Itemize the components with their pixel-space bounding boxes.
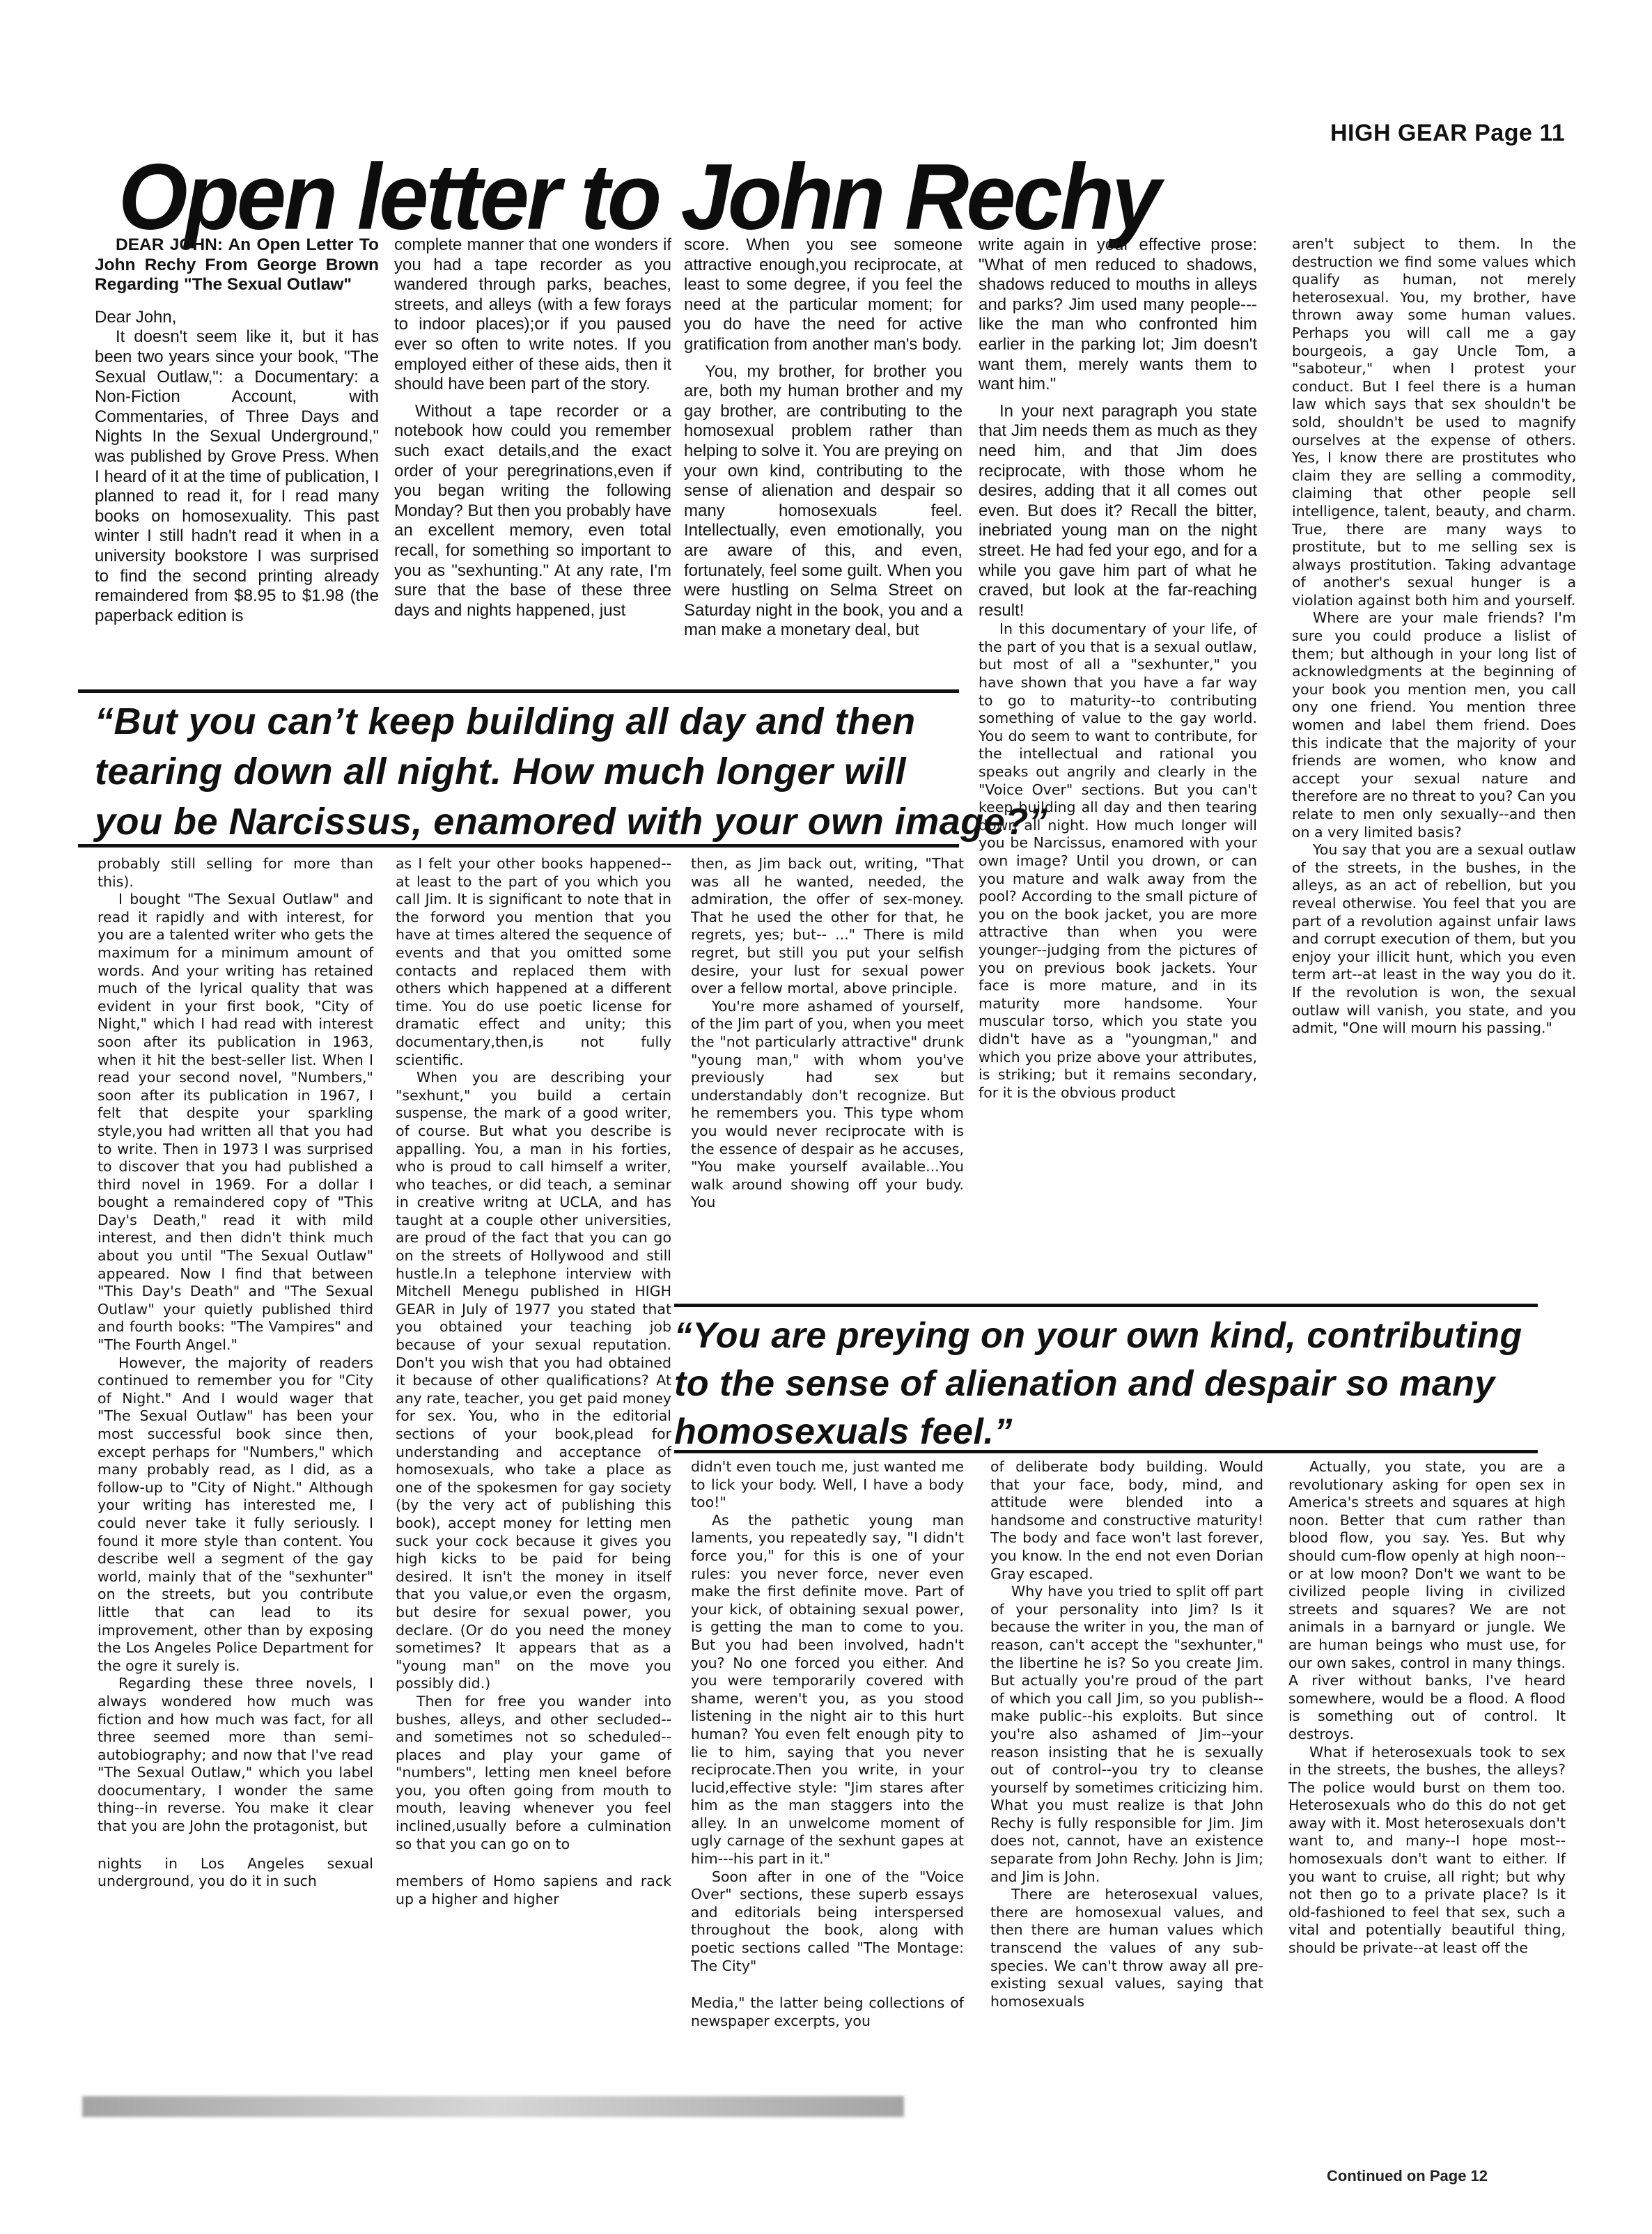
pull-quote-preying: “You are preying on your own kind, contr… (674, 1312, 1522, 1456)
upper-column-1: DEAR JOHN: An Open Letter To John Rechy … (95, 235, 379, 626)
headline: Open letter to John Rechy (118, 146, 1158, 249)
pull-quote-line: “But you can’t keep building all day and… (95, 696, 1047, 747)
paragraph: didn't even touch me, just wanted me to … (691, 1458, 964, 1512)
pull-quote-line: tearing down all night. How much longer … (95, 747, 1047, 797)
paragraph: Why have you tried to split off part of … (990, 1583, 1263, 1886)
lower-column-3: didn't even touch me, just wanted me to … (691, 1458, 964, 2030)
pull-quote-narcissus: “But you can’t keep building all day and… (95, 696, 1047, 847)
page-label: HIGH GEAR Page 11 (1330, 120, 1565, 147)
paragraph: Actually, you state, you are a revolutio… (1288, 1458, 1566, 1744)
upper-column-2: complete manner that one wonders if you … (394, 235, 671, 620)
paragraph: However, the majority of readers continu… (98, 1354, 373, 1675)
paragraph: of deliberate body building. Would that … (990, 1458, 1263, 1583)
scan-smear (82, 2096, 904, 2117)
middle-column-2: as I felt your other books happened--at … (396, 855, 671, 1908)
lower-column-4: of deliberate body building. Would that … (990, 1458, 1263, 2010)
paragraph: Media," the latter being collections of … (691, 1994, 964, 2030)
pull-quote-line: “You are preying on your own kind, contr… (674, 1312, 1522, 1360)
upper-column-5: aren't subject to them. In the destructi… (1292, 235, 1576, 1038)
paragraph: Regarding these three novels, I always w… (98, 1675, 373, 1835)
salutation: Dear John, (95, 308, 379, 328)
paragraph: In your next paragraph you state that Ji… (979, 402, 1257, 621)
paragraph: You're more ashamed of yourself, of the … (691, 998, 964, 1212)
continued-notice: Continued on Page 12 (1327, 2167, 1488, 2185)
paragraph: I bought "The Sexual Outlaw" and read it… (98, 891, 373, 1354)
paragraph: What if heterosexuals took to sex in the… (1288, 1744, 1566, 1958)
pull-quote-rule-top (78, 689, 959, 693)
upper-column-3: score. When you see someone attractive e… (684, 235, 963, 641)
paragraph: aren't subject to them. In the destructi… (1292, 235, 1576, 609)
paragraph: Then for free you wander into bushes, al… (396, 1693, 671, 1853)
paragraph: Where are your male friends? I'm sure yo… (1292, 609, 1576, 841)
lower-column-5: Actually, you state, you are a revolutio… (1288, 1458, 1566, 1958)
paragraph: then, as Jim back out, writing, "That wa… (691, 855, 964, 998)
paragraph: Without a tape recorder or a notebook ho… (394, 402, 671, 621)
paragraph: Soon after in one of the "Voice Over" se… (691, 1868, 964, 1976)
pull-quote-line: to the sense of alienation and despair s… (674, 1360, 1522, 1408)
pull-quote-line: homosexuals feel.” (674, 1408, 1522, 1456)
pull-quote-rule-top (674, 1304, 1538, 1307)
paragraph: It doesn't seem like it, but it has been… (95, 327, 379, 626)
paragraph: write again in your effective prose: "Wh… (979, 235, 1257, 395)
article-dek: DEAR JOHN: An Open Letter To John Rechy … (95, 235, 379, 295)
paragraph: complete manner that one wonders if you … (394, 235, 671, 395)
paragraph: members of Homo sapiens and rack up a hi… (396, 1873, 671, 1908)
paragraph: You say that you are a sexual outlaw of … (1292, 841, 1576, 1038)
pull-quote-rule-bottom (78, 844, 959, 847)
paragraph: as I felt your other books happened--at … (396, 855, 671, 1069)
middle-column-1: probably still selling for more than thi… (98, 855, 373, 1891)
paragraph: score. When you see someone attractive e… (684, 235, 963, 355)
paragraph: As the pathetic young man laments, you r… (691, 1512, 964, 1868)
upper-column-4: write again in your effective prose: "Wh… (979, 235, 1257, 1102)
paragraph: probably still selling for more than thi… (98, 855, 373, 891)
paragraph: When you are describing your "sexhunt," … (396, 1069, 671, 1693)
paragraph: You, my brother, for brother you are, bo… (684, 362, 963, 641)
paragraph: There are heterosexual values, there are… (990, 1886, 1263, 2010)
paragraph: nights in Los Angeles sexual underground… (98, 1855, 373, 1891)
pull-quote-line: you be Narcissus, enamored with your own… (95, 797, 1047, 847)
middle-column-3: then, as Jim back out, writing, "That wa… (691, 855, 964, 1212)
pull-quote-rule-bottom (674, 1450, 1538, 1453)
paragraph: In this documentary of your life, of the… (979, 620, 1257, 1102)
